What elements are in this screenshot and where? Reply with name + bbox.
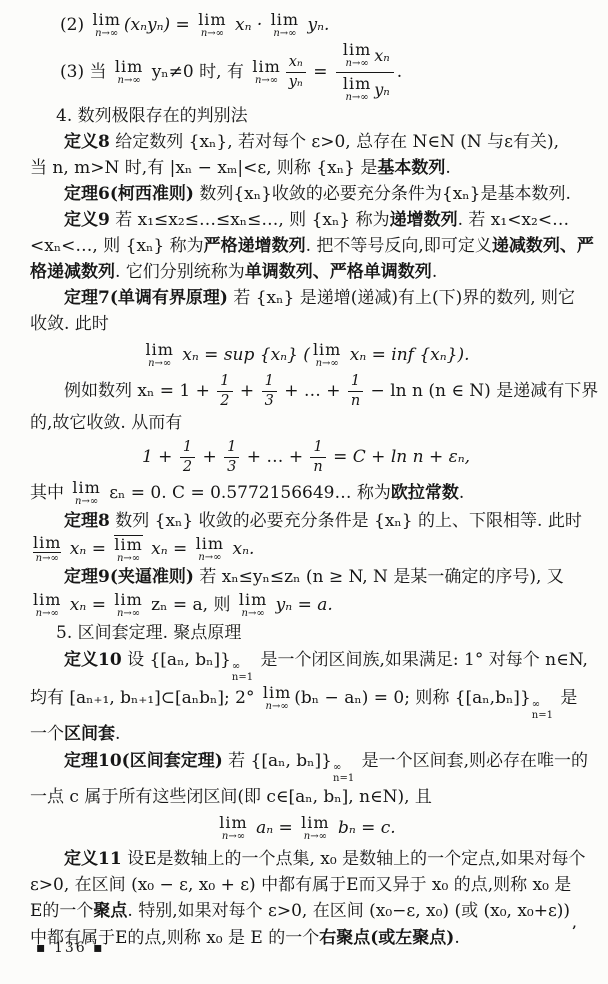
limit-operator: limn→∞ [343,76,371,103]
fraction-numerator: xₙ [286,54,306,73]
subscript-n-equals-1: n=1 [532,711,553,721]
example-line1: 例如数列 xₙ = 1 + 12 + 13 + … + 1n − ln n (n… [30,373,582,410]
thm7-line1: 定理7(单调有界原理) 若 {xₙ} 是递增(递减)有上(下)界的数列, 则它 [30,285,582,311]
superscript-subscript-stack: ∞n=1 [232,662,253,683]
def10-line1: 定义10 设 {[aₙ, bₙ]}∞n=1 是一个闭区间族,如果满足: 1° 对… [30,646,582,683]
lim-subscript: n→∞ [201,29,224,39]
lim-subscript: n→∞ [242,609,265,619]
text-segment: . 它们分别统称为 [115,262,245,282]
text-segment: 其中 [30,483,69,503]
math-segment: + [235,381,260,401]
bold-term: 右聚点(或左聚点) [319,928,454,948]
text-segment: . [432,262,437,282]
limit-operator: limn→∞ [219,815,247,842]
text-segment: 一个 [30,724,64,744]
bold-term: 递增数列 [390,210,458,230]
limit-operator: limn→∞ [198,12,226,39]
limit-operator: limn→∞ [271,12,299,39]
example-line2: 的,故它收敛. 从而有 [30,410,582,436]
limit-operator: limn→∞ [343,42,371,69]
text-segment: . [445,158,450,178]
lim-word: lim [72,480,100,496]
lim-subscript: n→∞ [255,76,278,86]
text-segment: <xₙ<…, 则 {xₙ} 称为 [30,236,204,256]
def10-line3: 一个区间套. [30,721,582,747]
fraction-numerator: 1 [180,439,195,458]
lim-word: lim [114,592,142,608]
def11-line1: 定义11 设E是数轴上的一个点集, x₀ 是数轴上的一个定点,如果对每个 [30,846,582,872]
lim-subscript: n→∞ [148,359,171,369]
text-segment: 的,故它收敛. 从而有 [30,413,182,433]
superscript-subscript-stack: ∞n=1 [532,700,553,721]
term-thm7: 定理7(单调有界原理) [64,288,228,308]
math-segment: xₙ = sup {xₙ} ( [177,345,310,365]
math-segment: yₙ. [302,15,329,35]
term-thm10: 定理10(区间套定理) [64,751,223,771]
bold-term: 区间套 [64,724,115,744]
thm10-line1: 定理10(区间套定理) 若 {[aₙ, bₙ]}∞n=1 是一个区间套,则必存在… [30,747,582,784]
lim-word: lim [196,536,224,552]
fraction-1-2: 12 [217,373,232,409]
lower-limit-operator: limn→∞ [33,535,61,564]
superscript-infinity: ∞ [232,662,240,672]
lim-word: lim [313,342,341,358]
fraction-numerator: 1 [348,373,363,392]
term-def11: 定义11 [64,849,122,869]
text-segment: . 若 x₁<x₂<… [458,210,570,230]
limit-operator: limn→∞ [263,685,291,712]
def8-line2: 当 n, m>N 时,有 |xₙ − xₘ|<ε, 则称 {xₙ} 是基本数列. [30,155,582,181]
fraction-denominator: limn→∞ yₙ [340,73,390,103]
term-def8: 定义8 [64,132,110,152]
lim-word: lim [198,12,226,28]
bold-term: 聚点 [93,901,127,921]
fraction-numerator: limn→∞ xₙ [336,42,394,73]
text-segment: 给定数列 {xₙ}, 若对每个 ε>0, 总存在 N∈N (N 与ε有关), [110,132,559,152]
lim-subscript: n→∞ [95,29,118,39]
lim-subscript: n→∞ [36,554,59,564]
lim-word: lim [271,12,299,28]
text-segment: 数列 {xₙ} 收敛的必要充分条件是 {xₙ} 的上、下限相等. 此时 [110,511,582,531]
lim-word: lim [343,42,371,58]
fraction-denominator: n [351,392,360,410]
fraction-xn-yn: xₙyₙ [286,54,306,90]
text-segment: 例如数列 xₙ = 1 + [64,381,215,401]
lim-word: lim [33,592,61,608]
term-def10: 定义10 [64,650,122,670]
lim-subscript: n→∞ [273,29,296,39]
bold-term: 基本数列 [377,158,445,178]
math-segment: + … + [279,381,346,401]
text-segment: 均有 [aₙ₊₁, bₙ₊₁]⊂[aₙbₙ]; 2° [30,688,260,708]
def11-line3: E的一个聚点. 特别,如果对每个 ε>0, 在区间 (x₀−ε, x₀) (或 … [30,898,582,925]
fraction-denominator: 2 [220,392,229,410]
fraction-1-3: 13 [262,373,277,409]
lim-subscript: n→∞ [118,76,141,86]
text-segment: . [454,928,459,948]
math-segment: zₙ = a, 则 [146,595,236,615]
lim-word: lim [263,685,291,701]
term-def9: 定义9 [64,210,110,230]
math-segment: xₙ. [227,539,254,559]
lim-subscript: n→∞ [75,497,98,507]
text-segment: 若 xₙ≤yₙ≤zₙ (n ≥ N, N 是某一确定的序号), 又 [194,567,564,587]
fraction-denominator: n [313,458,322,476]
item-label: (3) 当 [60,62,112,82]
page-number: ▪ 136 ▪ [36,940,105,956]
math-segment: = [308,62,333,82]
limit-operator: limn→∞ [92,12,120,39]
math-segment: xₙ [374,48,390,64]
lim-subscript: n→∞ [266,702,289,712]
math-segment: aₙ = [251,818,298,838]
math-segment: yₙ [374,82,390,98]
superscript-subscript-stack: ∞n=1 [333,763,354,784]
text-segment: 是 [555,688,577,708]
text-segment: − ln n (n ∈ N) 是递减有下界 [365,381,598,401]
limit-operator: limn→∞ [239,592,267,619]
thm9-line1: 定理9(夹逼准则) 若 xₙ≤yₙ≤zₙ (n ≥ N, N 是某一确定的序号)… [30,564,582,590]
math-segment: (bₙ − aₙ) = 0; 则称 {[aₙ,bₙ]} [294,688,530,708]
text-segment: . 把不等号反向,即可定义 [306,236,492,256]
fraction-denominator: 2 [183,458,192,476]
lim-word: lim [92,12,120,28]
thm8-line1: 定理8 数列 {xₙ} 收敛的必要充分条件是 {xₙ} 的上、下限相等. 此时 [30,508,582,534]
superscript-infinity: ∞ [333,763,341,773]
heading-text: 4. 数列极限存在的判别法 [56,106,248,126]
lim-word: lim [219,815,247,831]
limit-operator: limn→∞ [114,592,142,619]
math-segment: εₙ = 0. C = 0.5772156649… 称为 [104,483,391,503]
fraction-1-2: 12 [180,439,195,475]
lim-subscript: n→∞ [346,59,369,69]
text-segment: 若 {[aₙ, bₙ]} [223,751,332,771]
formula-sup-inf: limn→∞ xₙ = sup {xₙ} (limn→∞ xₙ = inf {x… [30,337,582,373]
limit-operator: limn→∞ [145,342,173,369]
subscript-n-equals-1: n=1 [333,774,354,784]
section-heading-4: 4. 数列极限存在的判别法 [30,103,582,129]
limit-operator: limn→∞ [115,59,143,86]
lim-word: lim [343,76,371,92]
text-segment: 收敛. 此时 [30,314,109,334]
text-segment: 若 x₁≤x₂≤…≤xₙ≤…, 则 {xₙ} 称为 [110,210,390,230]
text-segment: 是一个区间套,则必存在唯一的 [356,751,588,771]
fraction-lim-over-lim: limn→∞ xₙlimn→∞ yₙ [336,42,394,103]
thm6-line: 定理6(柯西准则) 数列{xₙ}收敛的必要充分条件为{xₙ}是基本数列. [30,181,582,207]
def9-line1: 定义9 若 x₁≤x₂≤…≤xₙ≤…, 则 {xₙ} 称为递增数列. 若 x₁<… [30,207,582,233]
fraction-1-n: 1n [348,373,363,409]
text-segment: 是一个闭区间族,如果满足: 1° 对每个 n∈N, [255,650,588,670]
fraction-1-3: 13 [224,439,239,475]
fraction-numerator: 1 [224,439,239,458]
limit-operator: limn→∞ [313,342,341,369]
page-content: (2) limn→∞(xₙyₙ) = limn→∞ xₙ · limn→∞ yₙ… [30,8,582,951]
lim-subscript: n→∞ [316,359,339,369]
fraction-numerator: 1 [217,373,232,392]
heading-text: 5. 区间套定理. 聚点原理 [56,623,241,643]
formula-euler: 1 + 12 + 13 + … + 1n = C + ln n + εₙ, [30,436,582,478]
euler-line: 其中 limn→∞ εₙ = 0. C = 0.5772156649… 称为欧拉… [30,478,582,508]
item-label: (2) [60,15,89,35]
text-segment: E的一个 [30,901,93,921]
math-segment: (xₙyₙ) = [124,15,195,35]
text-segment: 若 {xₙ} 是递增(递减)有上(下)界的数列, 则它 [228,288,575,308]
formula-nested-intervals: limn→∞ aₙ = limn→∞ bₙ = c. [30,810,582,846]
def11-line4: 中都有属于E的点,则称 x₀ 是 E 的一个右聚点(或左聚点). [30,925,582,951]
lim-subscript: n→∞ [198,553,221,563]
math-segment: xₙ · [230,15,268,35]
fraction-numerator: 1 [310,439,325,458]
bold-term: 单调数列、严格单调数列 [245,262,432,282]
section-heading-5: 5. 区间套定理. 聚点原理 [30,620,582,646]
math-segment: bₙ = c. [333,818,396,838]
superscript-infinity: ∞ [532,700,540,710]
math-segment: xₙ = [64,539,111,559]
thm10-line2: 一点 c 属于所有这些闭区间(即 c∈[aₙ, bₙ], n∈N), 且 [30,784,582,810]
text-segment: . [115,724,120,744]
term-thm9: 定理9(夹逼准则) [64,567,194,587]
upper-limit-operator: limn→∞ [114,535,142,564]
lim-subscript: n→∞ [222,832,245,842]
bold-term: 格递减数列 [30,262,115,282]
fraction-denominator: 3 [227,458,236,476]
math-segment: + … + [241,447,308,467]
math-segment: . [397,62,402,82]
scanned-page: (2) limn→∞(xₙyₙ) = limn→∞ xₙ · limn→∞ yₙ… [0,0,608,984]
fraction-denominator: yₙ [289,73,303,91]
text-segment: . 特别,如果对每个 ε>0, 在区间 (x₀−ε, x₀) (或 (x₀, x… [127,901,570,921]
text-segment: 当 n, m>N 时,有 |xₙ − xₘ|<ε, 则称 {xₙ} 是 [30,158,377,178]
math-segment: 1 + [142,447,178,467]
lim-word: lim [114,535,142,553]
text-segment: . [459,483,464,503]
def9-line3: 格递减数列. 它们分别统称为单调数列、严格单调数列. [30,259,582,285]
formula-item-3: (3) 当 limn→∞ yₙ≠0 时, 有 limn→∞xₙyₙ = limn… [30,42,582,103]
fraction-numerator: 1 [262,373,277,392]
lim-subscript: n→∞ [117,554,140,564]
scan-speck: ’ [572,924,577,939]
lim-subscript: n→∞ [36,609,59,619]
text-segment: 数列{xₙ}收敛的必要充分条件为{xₙ}是基本数列. [194,184,571,204]
lim-subscript: n→∞ [304,832,327,842]
text-segment: yₙ≠0 时, 有 [146,62,249,82]
text-segment: ε>0, 在区间 (x₀ − ε, x₀ + ε) 中都有属于E而又异于 x₀ … [30,875,571,895]
bold-term: 欧拉常数 [391,483,459,503]
thm7-line2: 收敛. 此时 [30,311,582,337]
math-segment: xₙ = [64,595,111,615]
fraction-1-n: 1n [310,439,325,475]
lim-word: lim [301,815,329,831]
def11-line2: ε>0, 在区间 (x₀ − ε, x₀ + ε) 中都有属于E而又异于 x₀ … [30,872,582,898]
lim-word: lim [115,59,143,75]
lim-subscript: n→∞ [117,609,140,619]
term-thm6: 定理6(柯西准则) [64,184,194,204]
term-thm8: 定理8 [64,511,110,531]
math-segment: xₙ = [146,539,193,559]
text-segment: 一点 c 属于所有这些闭区间(即 c∈[aₙ, bₙ], n∈N), 且 [30,787,432,807]
lim-subscript: n→∞ [345,93,368,103]
limit-operator: limn→∞ [72,480,100,507]
fraction-denominator: 3 [265,392,274,410]
limit-operator: limn→∞ [196,536,224,563]
subscript-n-equals-1: n=1 [232,673,253,683]
def9-line2: <xₙ<…, 则 {xₙ} 称为严格递增数列. 把不等号反向,即可定义递减数列、… [30,233,582,259]
lim-word: lim [252,59,280,75]
math-segment: = C + ln n + εₙ, [328,447,470,467]
limit-operator: limn→∞ [301,815,329,842]
lim-word: lim [33,535,61,553]
math-segment: yₙ = a. [270,595,333,615]
lim-word: lim [239,592,267,608]
math-segment: xₙ = inf {xₙ}). [344,345,469,365]
thm9-line2: limn→∞ xₙ = limn→∞ zₙ = a, 则 limn→∞ yₙ =… [30,590,582,620]
math-segment: + [197,447,222,467]
lim-word: lim [145,342,173,358]
def8-line1: 定义8 给定数列 {xₙ}, 若对每个 ε>0, 总存在 N∈N (N 与ε有关… [30,129,582,155]
text-segment: 设E是数轴上的一个点集, x₀ 是数轴上的一个定点,如果对每个 [122,849,586,869]
limit-operator: limn→∞ [33,592,61,619]
thm8-line2: limn→∞ xₙ = limn→∞ xₙ = limn→∞ xₙ. [30,534,582,564]
bold-term: 严格递增数列 [204,236,306,256]
limit-operator: limn→∞ [252,59,280,86]
text-segment: 设 {[aₙ, bₙ]} [122,650,231,670]
def10-line2: 均有 [aₙ₊₁, bₙ₊₁]⊂[aₙbₙ]; 2° limn→∞(bₙ − a… [30,683,582,721]
formula-item-2: (2) limn→∞(xₙyₙ) = limn→∞ xₙ · limn→∞ yₙ… [30,8,582,42]
bold-term: 递减数列、严 [492,236,594,256]
